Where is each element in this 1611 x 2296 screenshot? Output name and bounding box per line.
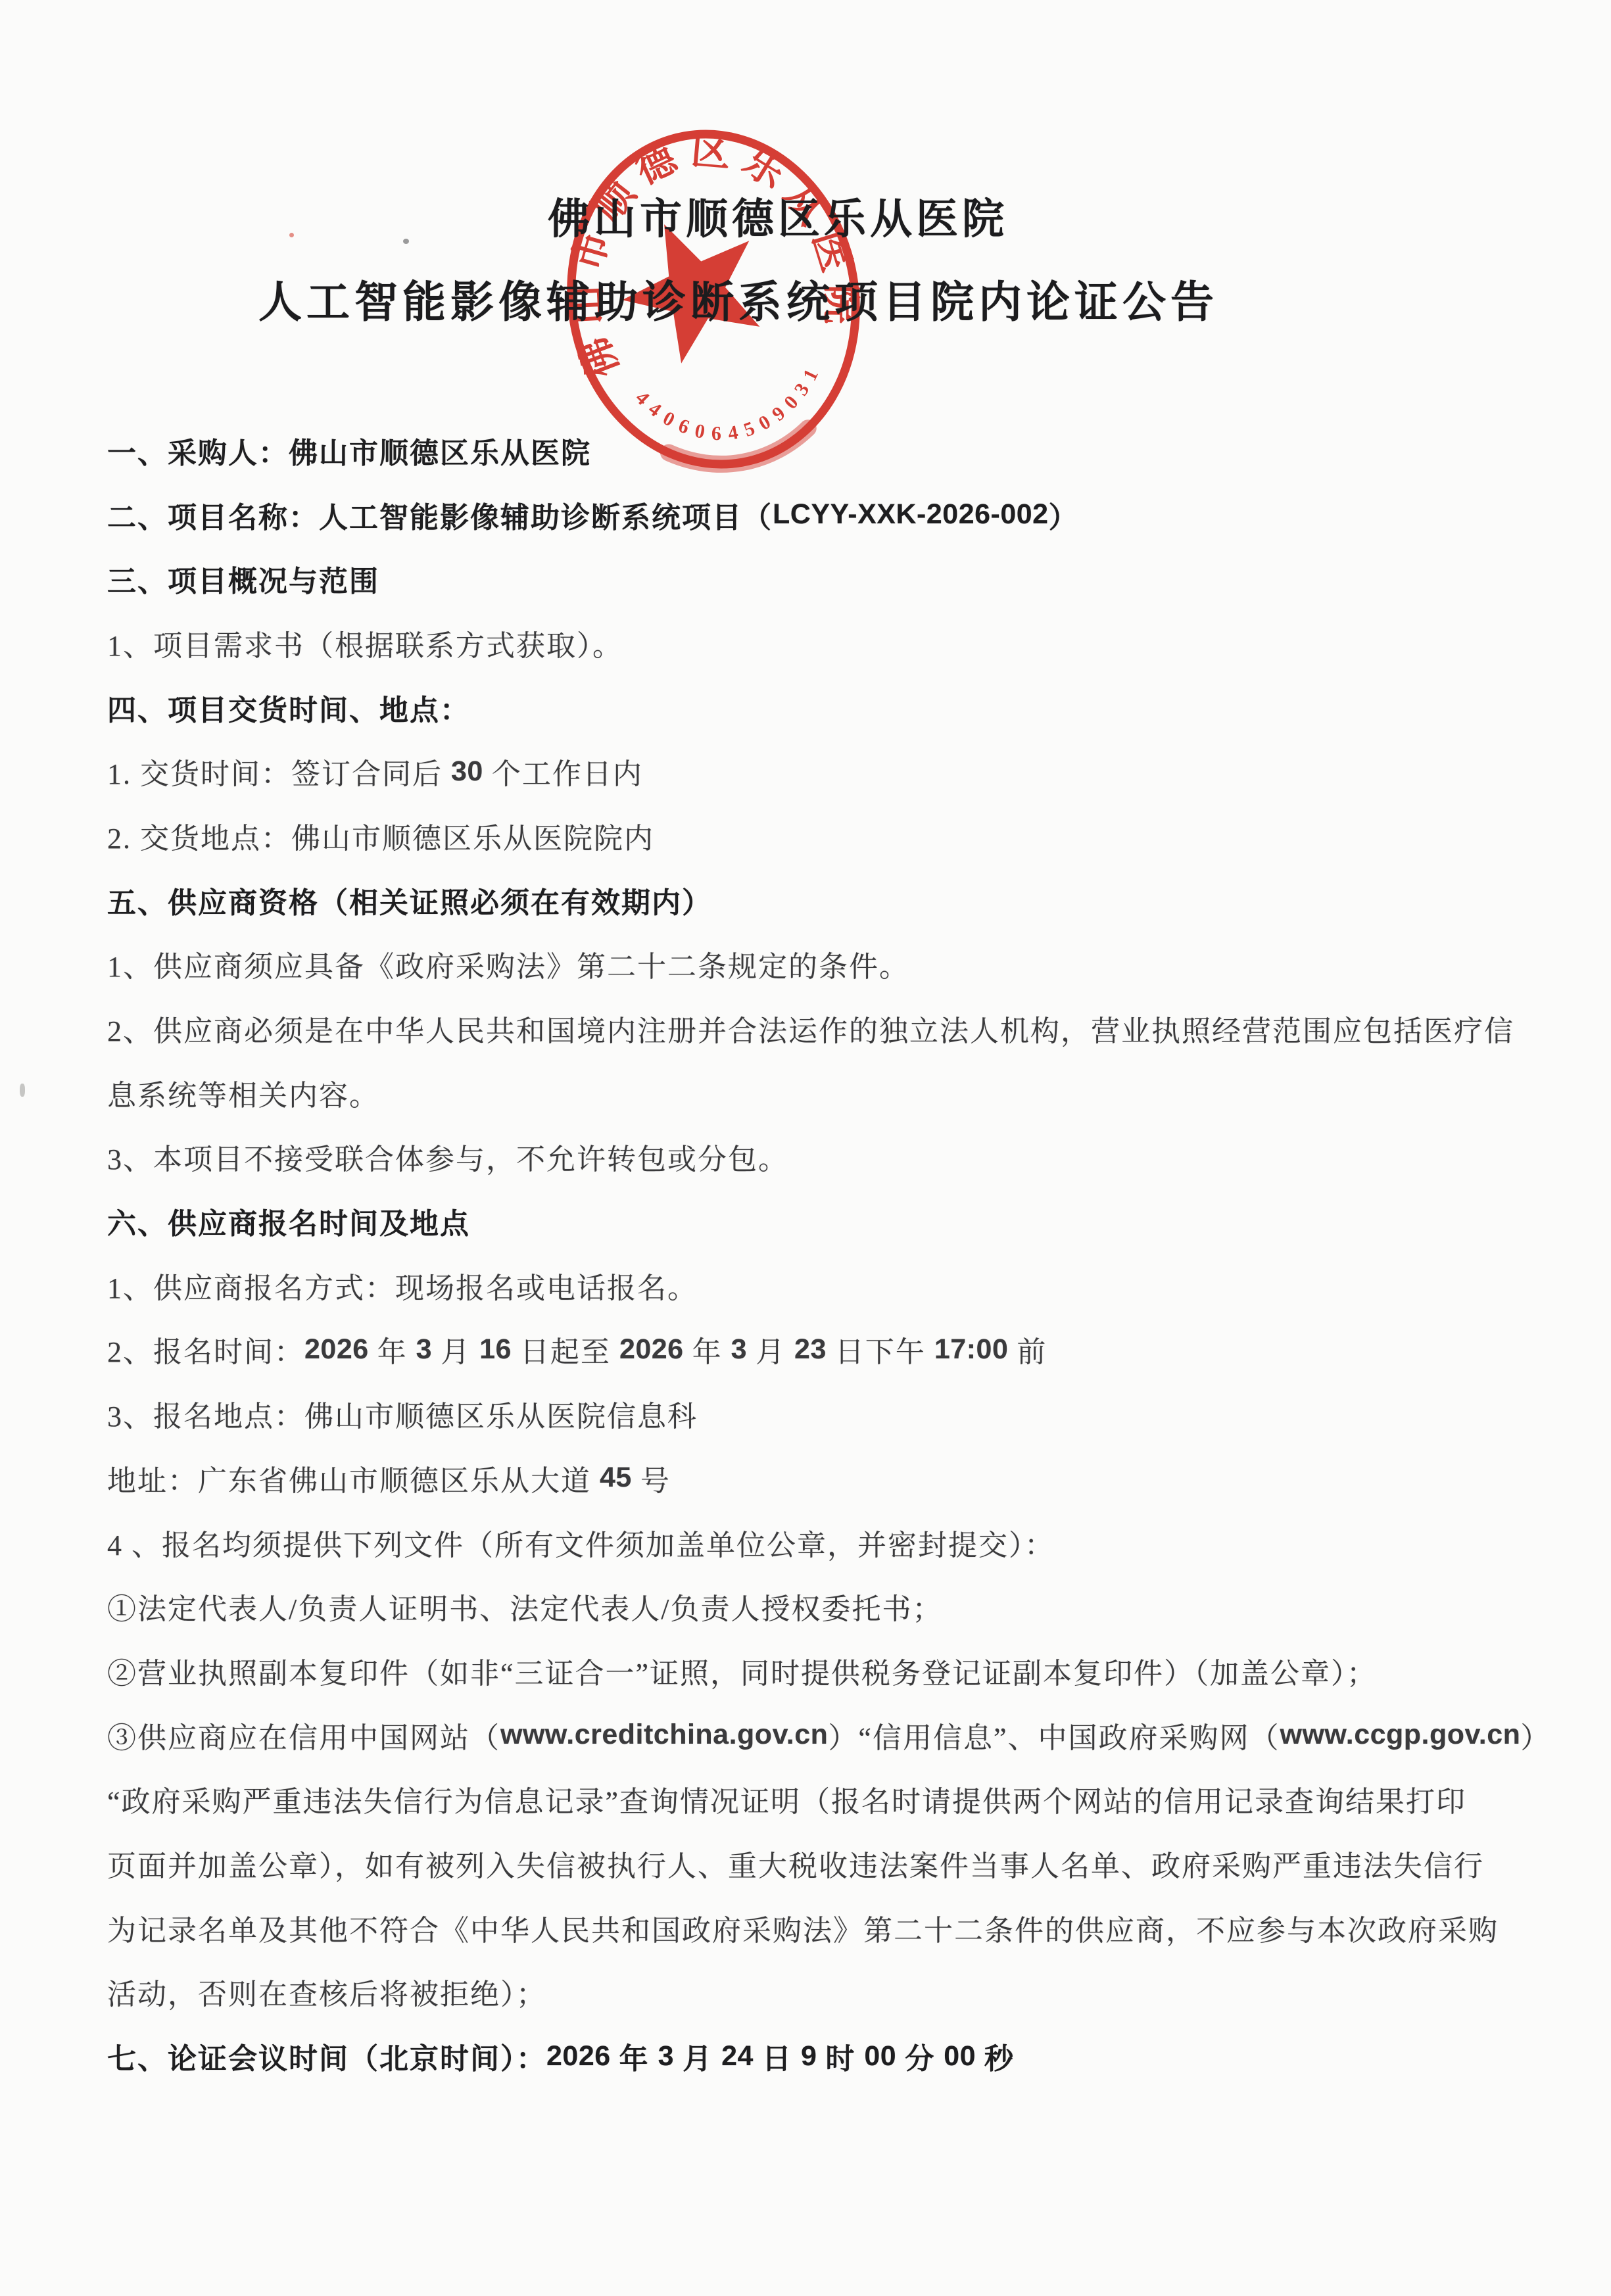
text-segment: 23 [794, 1333, 827, 1366]
text-segment: 一、采购人：佛山市顺德区乐从医院 [107, 429, 591, 471]
text-segment: 页面并加盖公章），如有被列入失信被执行人、重大税收违法案件当事人名单、政府采购严… [107, 1842, 1484, 1884]
scan-speck [289, 233, 294, 237]
document-line: ②营业执照副本复印件（如非“三证合一”证照，同时提供税务登记证副本复印件）（加盖… [107, 1638, 1506, 1703]
text-segment: 四、项目交货时间、地点： [107, 686, 470, 729]
text-segment: ①法定代表人/负责人证明书、法定代表人/负责人授权委托书； [107, 1585, 942, 1627]
text-segment: 为记录名单及其他不符合《中华人民共和国政府采购法》第二十二条件的供应商，不应参与… [107, 1907, 1499, 1949]
document-line: 为记录名单及其他不符合《中华人民共和国政府采购法》第二十二条件的供应商，不应参与… [107, 1896, 1506, 1960]
text-segment: 2026 [546, 2040, 611, 2072]
text-segment: www.creditchina.gov.cn [500, 1719, 828, 1751]
text-segment: 2. 交货地点：佛山市顺德区乐从医院院内 [107, 815, 654, 857]
text-segment: ②营业执照副本复印件（如非“三证合一”证照，同时提供税务登记证副本复印件）（加盖… [107, 1650, 1377, 1692]
text-segment: 3、报名地点：佛山市顺德区乐从医院信息科 [107, 1393, 698, 1435]
text-segment: 三、项目概况与范围 [107, 558, 379, 600]
text-segment: 年 [369, 1328, 416, 1370]
text-segment: 五、供应商资格（相关证照必须在有效期内） [107, 879, 712, 921]
text-segment: 年 [684, 1328, 731, 1370]
document-line: 地址：广东省佛山市顺德区乐从大道 45 号 [107, 1446, 1506, 1510]
text-segment: 00 [864, 2040, 896, 2072]
document-line: 一、采购人：佛山市顺德区乐从医院 [107, 418, 1506, 483]
document-line: ①法定代表人/负责人证明书、法定代表人/负责人授权委托书； [107, 1574, 1506, 1638]
text-segment: 00 [944, 2040, 976, 2072]
text-segment: 六、供应商报名时间及地点 [107, 1200, 470, 1242]
text-segment: 1、供应商须应具备《政府采购法》第二十二条规定的条件。 [107, 943, 909, 985]
text-segment: 30 [451, 755, 483, 788]
text-segment: 月 [747, 1328, 794, 1370]
document-line: 3、本项目不接受联合体参与，不允许转包或分包。 [107, 1125, 1506, 1189]
text-segment: 秒 [976, 2035, 1015, 2077]
text-segment: ）“信用信息”、中国政府采购网（ [828, 1714, 1280, 1756]
scanned-document-page: 佛山市顺德区乐从医院 4406064509031 佛山市顺德区乐从医院 人工智能… [0, 0, 1611, 2296]
scan-speck [20, 1084, 25, 1097]
text-segment: 9 [801, 2040, 817, 2072]
document-line: ③供应商应在信用中国网站（www.creditchina.gov.cn）“信用信… [107, 1703, 1506, 1767]
text-segment: 个工作日内 [483, 750, 643, 792]
text-segment: 地址：广东省佛山市顺德区乐从大道 [107, 1457, 600, 1499]
document-line: 六、供应商报名时间及地点 [107, 1189, 1506, 1253]
text-segment: 3 [416, 1333, 432, 1366]
document-line: 七、论证会议时间（北京时间）：2026 年 3 月 24 日 9 时 00 分 … [107, 2024, 1506, 2088]
text-segment: 年 [611, 2035, 658, 2077]
text-segment: LCYY-XXK-2026-002 [773, 498, 1049, 531]
text-segment: 月 [432, 1328, 479, 1370]
text-segment: 息系统等相关内容。 [107, 1072, 379, 1114]
document-line: 1、供应商须应具备《政府采购法》第二十二条规定的条件。 [107, 932, 1506, 997]
document-line: “政府采购严重违法失信行为信息记录”查询情况证明（报名时请提供两个网站的信用记录… [107, 1767, 1506, 1831]
text-segment: 2026 [619, 1333, 684, 1366]
text-segment: 1、供应商报名方式：现场报名或电话报名。 [107, 1264, 698, 1306]
document-line: 五、供应商资格（相关证照必须在有效期内） [107, 868, 1506, 932]
document-title-org: 佛山市顺德区乐从医院 [548, 199, 1008, 241]
document-line: 3、报名地点：佛山市顺德区乐从医院信息科 [107, 1381, 1506, 1446]
document-line: 1、供应商报名方式：现场报名或电话报名。 [107, 1253, 1506, 1318]
text-segment: “政府采购严重违法失信行为信息记录”查询情况证明（报名时请提供两个网站的信用记录… [107, 1778, 1466, 1820]
document-line: 页面并加盖公章），如有被列入失信被执行人、重大税收违法案件当事人名单、政府采购严… [107, 1831, 1506, 1896]
text-segment: 2、供应商必须是在中华人民共和国境内注册并合法运作的独立法人机构，营业执照经营范… [107, 1007, 1514, 1049]
text-segment: 1、项目需求书（根据联系方式获取）。 [107, 622, 623, 664]
text-segment: 日 [754, 2035, 801, 2077]
seal-arc-text: 佛山市顺德区乐从医院 [539, 110, 871, 385]
text-segment: 前 [1008, 1328, 1047, 1370]
document-line: 四、项目交货时间、地点： [107, 675, 1506, 740]
document-body: 一、采购人：佛山市顺德区乐从医院二、项目名称：人工智能影像辅助诊断系统项目（LC… [107, 418, 1506, 2088]
text-segment: 17:00 [934, 1333, 1008, 1366]
text-segment: 时 [817, 2035, 864, 2077]
text-segment: 45 [600, 1462, 632, 1494]
text-segment: ） [1049, 494, 1079, 536]
text-segment: 七、论证会议时间（北京时间）： [107, 2035, 546, 2077]
text-segment: 号 [632, 1457, 671, 1499]
document-line: 1、项目需求书（根据联系方式获取）。 [107, 611, 1506, 675]
text-segment: 4 、报名均须提供下列文件（所有文件须加盖单位公章，并密封提交）： [107, 1521, 1055, 1564]
text-segment: 2、报名时间： [107, 1328, 304, 1370]
document-line: 息系统等相关内容。 [107, 1061, 1506, 1125]
text-segment: 3 [658, 2040, 674, 2072]
document-line: 2. 交货地点：佛山市顺德区乐从医院院内 [107, 803, 1506, 868]
document-line: 2、供应商必须是在中华人民共和国境内注册并合法运作的独立法人机构，营业执照经营范… [107, 996, 1506, 1061]
document-line: 三、项目概况与范围 [107, 546, 1506, 611]
text-segment: ） [1520, 1714, 1551, 1756]
scan-speck [403, 239, 409, 244]
text-segment: 2026 [304, 1333, 369, 1366]
text-segment: 1. 交货时间：签订合同后 [107, 750, 451, 792]
text-segment: 3 [731, 1333, 747, 1366]
document-line: 二、项目名称：人工智能影像辅助诊断系统项目（LCYY-XXK-2026-002） [107, 483, 1506, 547]
text-segment: 活动，否则在查核后将被拒绝）； [107, 1971, 546, 2013]
text-segment: www.ccgp.gov.cn [1280, 1719, 1521, 1751]
text-segment: 日起至 [512, 1328, 619, 1370]
text-segment: 3、本项目不接受联合体参与，不允许转包或分包。 [107, 1136, 788, 1178]
text-segment: 分 [896, 2035, 944, 2077]
document-line: 4 、报名均须提供下列文件（所有文件须加盖单位公章，并密封提交）： [107, 1510, 1506, 1575]
document-line: 2、报名时间：2026 年 3 月 16 日起至 2026 年 3 月 23 日… [107, 1318, 1506, 1382]
text-segment: ③供应商应在信用中国网站（ [107, 1714, 500, 1756]
text-segment: 月 [674, 2035, 721, 2077]
text-segment: 24 [721, 2040, 754, 2072]
text-segment: 二、项目名称：人工智能影像辅助诊断系统项目（ [107, 494, 773, 536]
document-line: 1. 交货时间：签订合同后 30 个工作日内 [107, 739, 1506, 803]
text-segment: 日下午 [827, 1328, 934, 1370]
document-line: 活动，否则在查核后将被拒绝）； [107, 1960, 1506, 2024]
text-segment: 16 [479, 1333, 512, 1366]
document-title-announcement: 人工智能影像辅助诊断系统项目院内论证公告 [258, 281, 1218, 325]
